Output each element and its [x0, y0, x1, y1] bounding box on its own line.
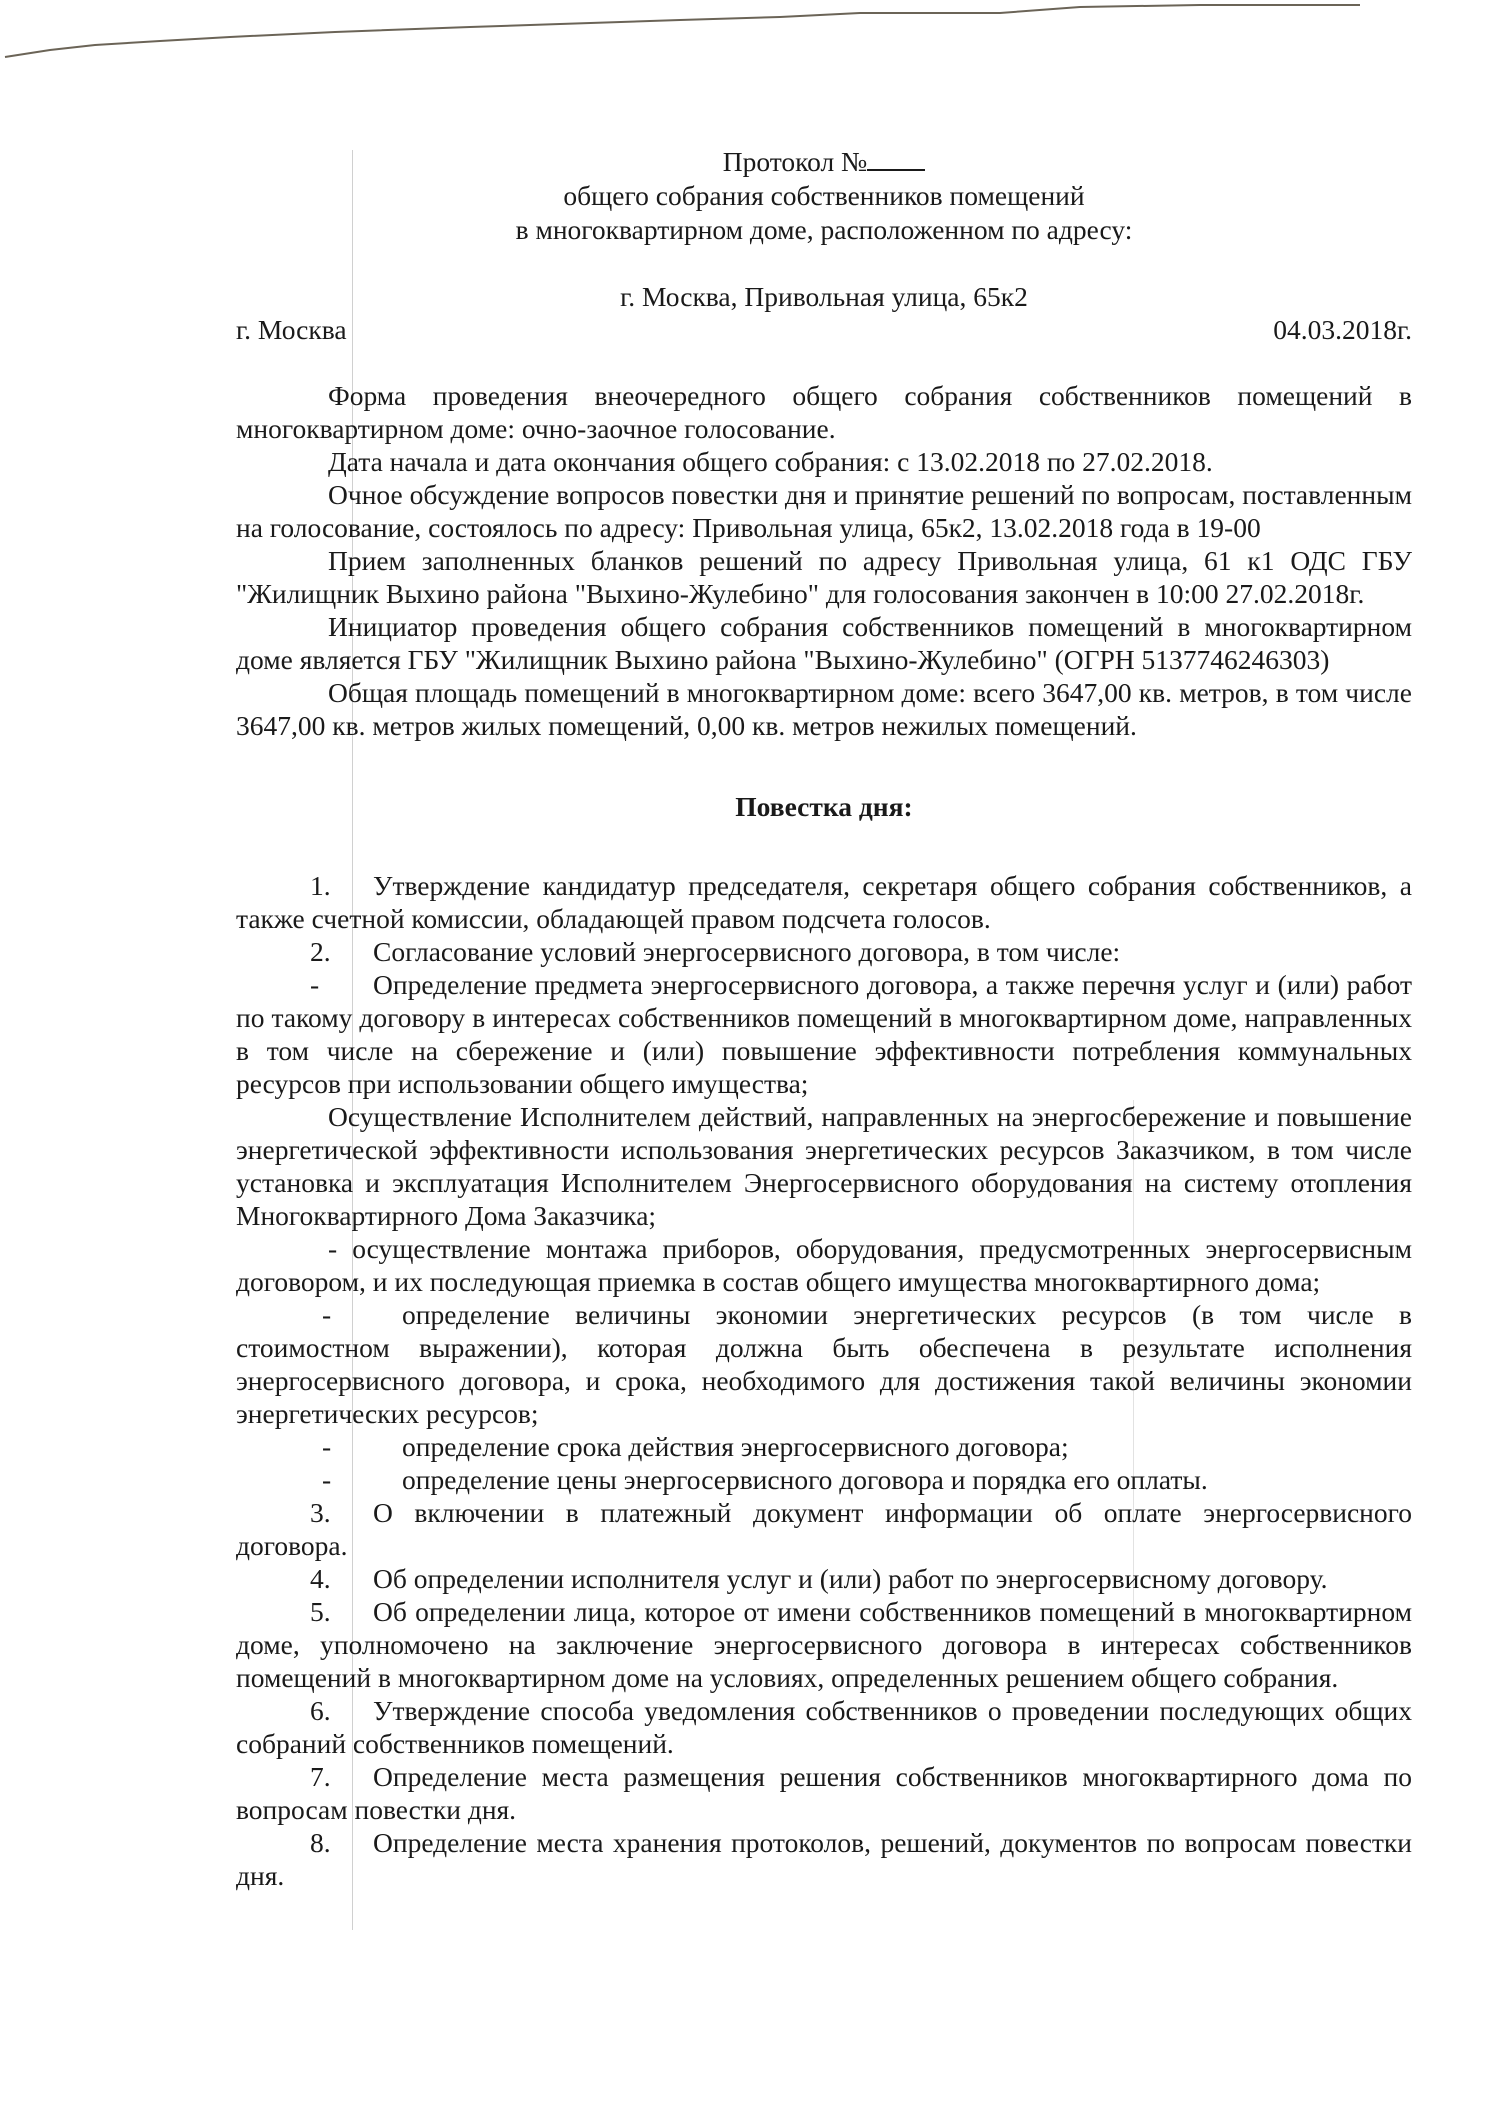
- city: г. Москва: [236, 313, 347, 346]
- agenda-item-1: 1.Утверждение кандидатур председателя, с…: [236, 869, 1412, 935]
- agenda-subitem-4: -определение величины экономии энергетич…: [236, 1298, 1412, 1430]
- agenda-item-7: 7.Определение места размещения решения с…: [236, 1760, 1412, 1826]
- agenda-subitem-6: -определение цены энергосервисного догов…: [236, 1463, 1412, 1496]
- paragraph-total-area: Общая площадь помещений в многоквартирно…: [236, 676, 1412, 742]
- document-page: Протокол № общего собрания собственников…: [236, 145, 1412, 1892]
- agenda-item-3: 3.О включении в платежный документ инфор…: [236, 1496, 1412, 1562]
- city-date-row: г. Москва 04.03.2018г.: [236, 313, 1412, 346]
- protocol-number-blank: [867, 147, 925, 171]
- paragraph-initiator: Инициатор проведения общего собрания соб…: [236, 610, 1412, 676]
- intro-section: Форма проведения внеочередного общего со…: [236, 379, 1412, 742]
- paragraph-meeting-form: Форма проведения внеочередного общего со…: [236, 379, 1412, 445]
- agenda-item-2: 2.Согласование условий энергосервисного …: [236, 935, 1412, 968]
- paragraph-in-person-discussion: Очное обсуждение вопросов повестки дня и…: [236, 478, 1412, 544]
- agenda-subitem-1: -Определение предмета энергосервисного д…: [236, 968, 1412, 1100]
- title-subtitle-1: общего собрания собственников помещений: [236, 179, 1412, 213]
- agenda-subitem-3: - осуществление монтажа приборов, оборуд…: [236, 1232, 1412, 1298]
- document-header: Протокол № общего собрания собственников…: [236, 145, 1412, 247]
- agenda-subitem-2: Осуществление Исполнителем действий, нап…: [236, 1100, 1412, 1232]
- protocol-title: Протокол №: [236, 145, 1412, 179]
- agenda-subitem-5: -определение срока действия энергосервис…: [236, 1430, 1412, 1463]
- agenda-heading: Повестка дня:: [236, 790, 1412, 823]
- agenda-item-8: 8.Определение места хранения протоколов,…: [236, 1826, 1412, 1892]
- title-subtitle-2: в многоквартирном доме, расположенном по…: [236, 213, 1412, 247]
- agenda-item-4: 4.Об определении исполнителя услуг и (ил…: [236, 1562, 1412, 1595]
- agenda-item-6: 6.Утверждение способа уведомления собств…: [236, 1694, 1412, 1760]
- agenda-list: 1.Утверждение кандидатур председателя, с…: [236, 869, 1412, 1892]
- paragraph-ballot-collection: Прием заполненных бланков решений по адр…: [236, 544, 1412, 610]
- paragraph-meeting-dates: Дата начала и дата окончания общего собр…: [236, 445, 1412, 478]
- building-address: г. Москва, Привольная улица, 65к2: [236, 280, 1412, 313]
- agenda-item-5: 5.Об определении лица, которое от имени …: [236, 1595, 1412, 1694]
- document-date: 04.03.2018г.: [1273, 313, 1412, 346]
- scan-edge-artifact: [0, 0, 1500, 70]
